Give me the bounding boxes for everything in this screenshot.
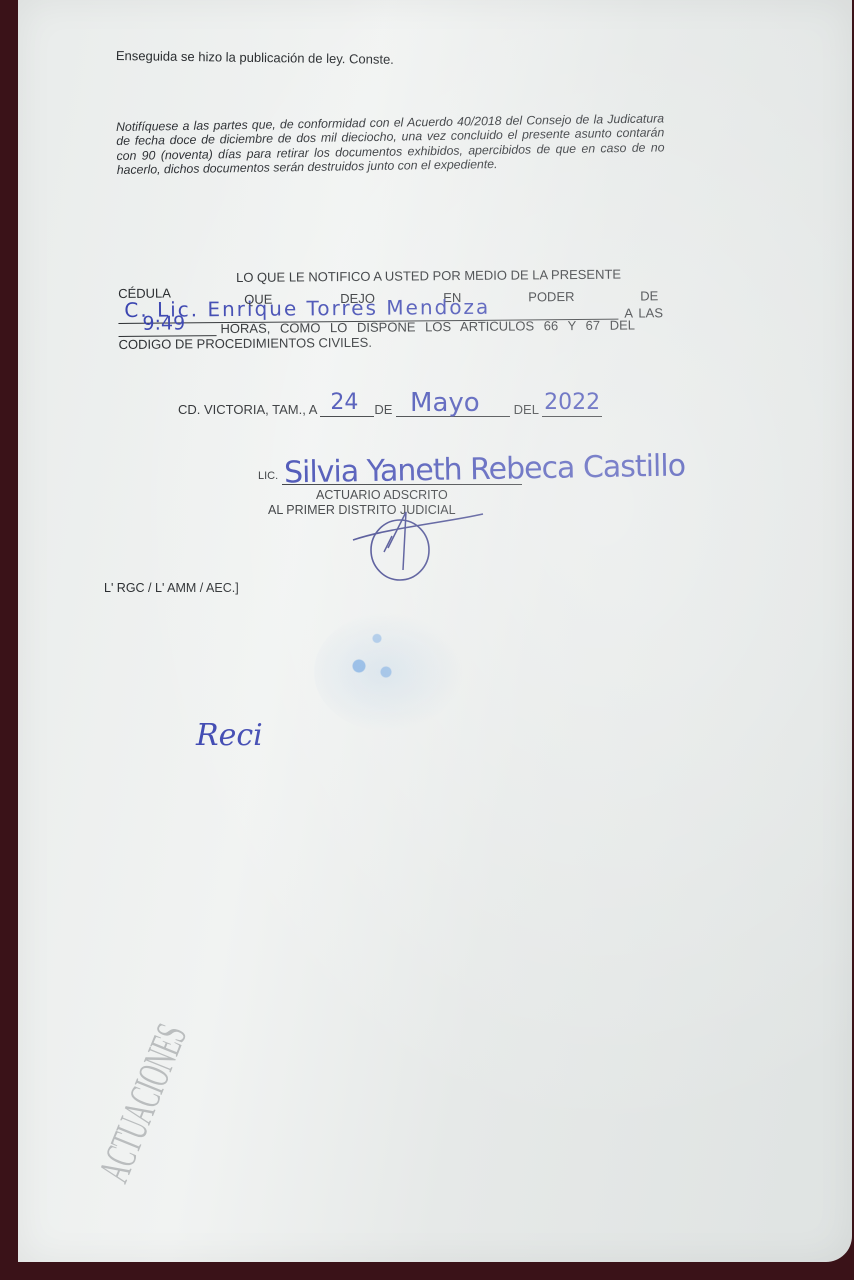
handwritten-year: 2022 <box>544 390 600 415</box>
document-page: Enseguida se hizo la publicación de ley.… <box>18 0 852 1262</box>
handwritten-signature-name: Silvia Yaneth Rebeca Castillo <box>284 449 686 491</box>
date-prefix: CD. VICTORIA, TAM., A <box>178 402 317 417</box>
signature-lic-label: LIC. <box>258 470 278 482</box>
cedula-word-poder: PODER <box>528 290 574 305</box>
date-de: DE <box>374 402 392 417</box>
cedula-line-5: CODIGO DE PROCEDIMIENTOS CIVILES. <box>119 336 372 353</box>
initials-line: L' RGC / L' AMM / AEC.] <box>104 581 239 595</box>
handwritten-time: 9:49 <box>142 317 185 332</box>
handwritten-day: 24 <box>330 390 358 415</box>
ink-stamp <box>314 612 464 732</box>
handwritten-received: Reci <box>196 718 263 753</box>
date-del: DEL <box>514 402 539 417</box>
cedula-word-de: DE <box>640 289 658 304</box>
signature-scribble-icon <box>348 492 488 584</box>
notification-paragraph: Notifíquese a las partes que, de conform… <box>116 111 665 177</box>
date-line: CD. VICTORIA, TAM., A 24 DE Mayo DEL 202… <box>178 402 602 417</box>
cedula-block: LO QUE LE NOTIFICO A USTED POR MEDIO DE … <box>118 267 659 352</box>
publication-line: Enseguida se hizo la publicación de ley.… <box>116 48 394 67</box>
handwritten-month: Mayo <box>410 388 480 418</box>
watermark-actuaciones: ACTUACIONES <box>88 1017 197 1189</box>
